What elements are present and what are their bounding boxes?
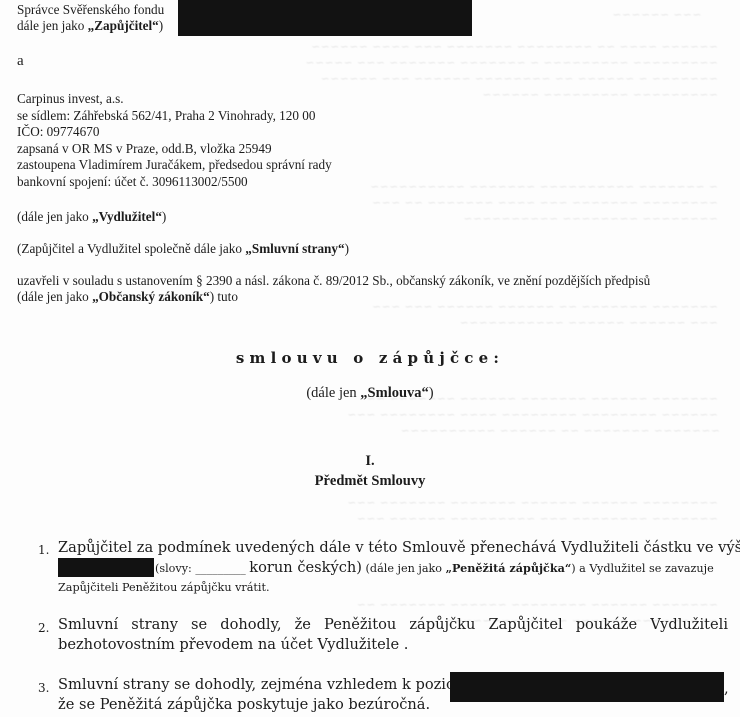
clause-3-trailing-comma: , — [724, 679, 729, 699]
clause-1-line-2: (slovy: _________ korun českých) (dále j… — [155, 558, 714, 578]
contract-alias-line: (dále jen „Smlouva“) — [0, 385, 740, 402]
borrower-representative: zastoupena Vladimírem Juračákem, předsed… — [17, 156, 332, 173]
parties-line: (Zapůjčitel a Vydlužitel společně dále j… — [17, 240, 349, 257]
bleed-through-text: ~~~~~~~ ~~~~~~~ ~~ ~~~~~~ ~~~~~~~~~~ — [400, 424, 720, 438]
section-number: I. — [0, 453, 740, 470]
parties-alias: „Smluvní strany“ — [245, 241, 344, 256]
clause-2-number: 2. — [38, 621, 49, 635]
bleed-through-text: ~~~~~~~~ ~~~~~~~~ ~~~~~~~~~~ — [378, 212, 718, 226]
contract-alias: „Smlouva“ — [360, 385, 429, 401]
clause-1-line-3: Zapůjčiteli Peněžitou zápůjčku vrátit. — [58, 581, 270, 594]
bleed-through-text: ~~~~~~~~ ~~~~~~ ~~~~~~ ~~~~~~~ ~~~~~~~ ~… — [378, 496, 718, 510]
clause-1-number: 1. — [38, 543, 49, 557]
concluded-line-1: uzavřeli v souladu s ustanovením § 2390 … — [17, 272, 650, 289]
concluded-line-2: (dále jen jako „Občanský zákoník“) tuto — [17, 288, 238, 305]
borrower-name: Carpinus invest, a.s. — [17, 90, 124, 107]
bleed-through-text: ~~~ ~~~~~~ ~~~~~~ ~~~~~~~~~~~ — [378, 316, 718, 330]
bleed-through-text: ~~~~~~~~~ ~~~~~~~~~ ~ ~~~~~~~ ~~~~~~~ ~~… — [378, 56, 718, 70]
clause-2-line-1: Smluvní strany se dohodly, že Peněžitou … — [58, 615, 728, 635]
clause-3-number: 3. — [38, 681, 49, 695]
lender-line-1: Správce Svěřenského fondu — [17, 1, 164, 18]
fund-name-redaction — [178, 0, 472, 36]
borrower-seat: se sídlem: Záhřebská 562/41, Praha 2 Vin… — [17, 107, 315, 124]
loan-alias: „Peněžitá zápůjčka“ — [446, 561, 572, 575]
borrower-ico: IČO: 09774670 — [17, 123, 99, 140]
bleed-through-text: ~~~~~~~~~ ~~~~~~~~~ ~~~~~~ — [378, 88, 718, 102]
bleed-through-text: ~~~ ~~~~~~ — [612, 8, 701, 22]
clause-3-line-1: Smluvní strany se dohodly, zejména vzhle… — [58, 675, 459, 695]
borrower-bank: bankovní spojení: účet č. 3096113002/550… — [17, 173, 248, 190]
bleed-through-text: ~~~~~~~ ~~~~~~ ~~~~~~~~ ~~~~~~ ~~~~~~~ ~… — [378, 598, 718, 612]
bleed-through-text: ~ ~~~~~~~ ~~~~~~~~~~ ~~~~~~~ ~~~~~~~~~~ — [378, 180, 718, 194]
amount-redaction — [58, 558, 154, 577]
scanned-contract-page: ~~~ ~~~~~~ ~~~~~~ ~~~~ ~~ ~~~~~~~~ ~~~~~… — [0, 0, 740, 717]
clause-2-line-2: bezhotovostním převodem na účet Vydlužit… — [58, 635, 408, 655]
section-title: Předmět Smlouvy — [0, 473, 740, 490]
conjunction: a — [17, 53, 24, 70]
clause-1-line-1: Zapůjčitel za podmínek uvedených dále v … — [58, 538, 740, 558]
borrower-alias-line: (dále jen jako „Vydlužitel“) — [17, 208, 166, 225]
clause-3-line-2: že se Peněžitá zápůjčka poskytuje jako b… — [58, 695, 430, 715]
position-redaction — [450, 672, 724, 702]
bleed-through-text: ~~~~~~~ ~~~~~~~ ~~ ~~~~~~ ~~~~~~ ~~~ ~~~ — [378, 300, 718, 314]
contract-title: smlouvu o zápůjčce: — [0, 349, 740, 367]
borrower-register: zapsaná v OR MS v Praze, odd.B, vložka 2… — [17, 140, 272, 157]
borrower-alias: „Vydlužitel“ — [92, 209, 162, 224]
bleed-through-text: ~~~~~~ ~~~~~~~~ ~~~~~~~~ ~~~~ ~~~~~~~~ ~… — [378, 408, 718, 422]
lender-alias-line: dále jen jako „Zapůjčitel“) — [17, 17, 163, 34]
civil-code-alias: „Občanský zákoník“ — [92, 289, 210, 304]
bleed-through-text: ~~~~~~~ ~ ~~~~~~ ~~ ~~~~~~~~ ~~~~~~ ~~~ … — [378, 72, 718, 86]
bleed-through-text: ~~~~~~ ~~~~ ~~ ~~~~~~~~ ~~~~~~~ ~~~ ~~~~… — [378, 40, 718, 54]
bleed-through-text: ~~~~~~~~ ~~~~~~~ ~~~ ~~~~ ~~~~~~~ ~~ ~~~ — [378, 196, 718, 210]
lender-alias: „Zapůjčitel“ — [88, 18, 159, 33]
bleed-through-text: ~~~~~~~ ~~~~~~~~ ~~~ ~~~~~~~~~ ~~~~~~ ~~… — [378, 512, 718, 526]
